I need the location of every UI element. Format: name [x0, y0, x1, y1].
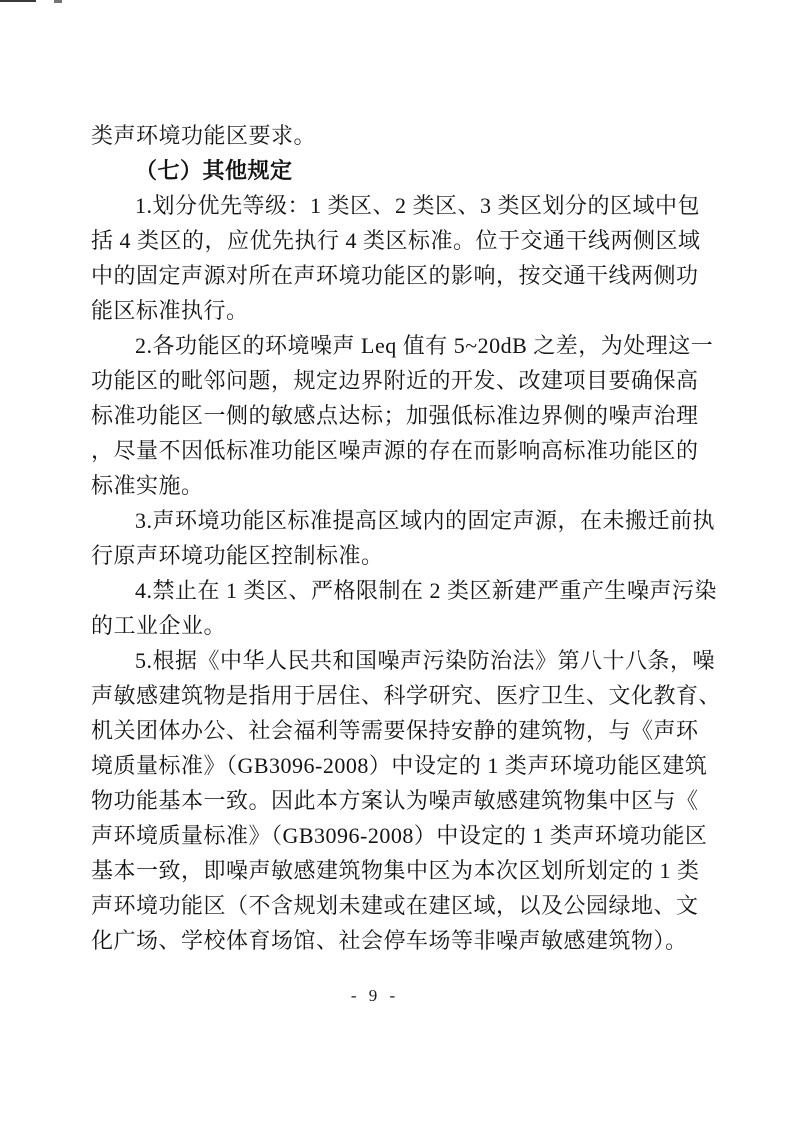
- text-line: 声环境质量标准》（GB3096-2008）中设定的 1 类声环境功能区: [91, 818, 701, 853]
- text-line: 3.声环境功能区标准提高区域内的固定声源，在未搬迁前执: [91, 503, 701, 538]
- body-text: 类声环境功能区要求。 （七）其他规定 1.划分优先等级：1 类区、2 类区、3 …: [91, 118, 701, 958]
- text-line: 2.各功能区的环境噪声 Leq 值有 5~20dB 之差，为处理这一: [91, 328, 701, 363]
- text-line: ，尽量不因低标准功能区噪声源的存在而影响高标准功能区的: [91, 433, 701, 468]
- text-line: 境质量标准》（GB3096-2008）中设定的 1 类声环境功能区建筑: [91, 748, 701, 783]
- text-line: 中的固定声源对所在声环境功能区的影响，按交通干线两侧功: [91, 258, 701, 293]
- text-line: 机关团体办公、社会福利等需要保持安静的建筑物，与《声环: [91, 713, 701, 748]
- text-line: 化广场、学校体育场馆、社会停车场等非噪声敏感建筑物）。: [91, 923, 701, 958]
- text-line: 物功能基本一致。因此本方案认为噪声敏感建筑物集中区与《: [91, 783, 701, 818]
- text-line: 类声环境功能区要求。: [91, 118, 701, 153]
- section-heading: （七）其他规定: [91, 153, 701, 188]
- text-line: 功能区的毗邻问题，规定边界附近的开发、改建项目要确保高: [91, 363, 701, 398]
- scan-artifact: [0, 0, 36, 2]
- text-line: 4.禁止在 1 类区、严格限制在 2 类区新建严重产生噪声污染: [91, 573, 701, 608]
- document-page: 类声环境功能区要求。 （七）其他规定 1.划分优先等级：1 类区、2 类区、3 …: [0, 0, 793, 1122]
- text-line: 的工业企业。: [91, 608, 701, 643]
- text-line: 5.根据《中华人民共和国噪声污染防治法》第八十八条，噪: [91, 643, 701, 678]
- text-line: 声敏感建筑物是指用于居住、科学研究、医疗卫生、文化教育、: [91, 678, 701, 713]
- text-line: 1.划分优先等级：1 类区、2 类区、3 类区划分的区域中包: [91, 188, 701, 223]
- text-line: 标准实施。: [91, 468, 701, 503]
- page-number: - 9 -: [0, 984, 750, 1008]
- text-line: 括 4 类区的，应优先执行 4 类区标准。位于交通干线两侧区域: [91, 223, 701, 258]
- text-line: 声环境功能区（不含规划未建或在建区域，以及公园绿地、文: [91, 888, 701, 923]
- text-line: 基本一致，即噪声敏感建筑物集中区为本次区划所划定的 1 类: [91, 853, 701, 888]
- text-line: 能区标准执行。: [91, 293, 701, 328]
- text-line: 标准功能区一侧的敏感点达标；加强低标准边界侧的噪声治理: [91, 398, 701, 433]
- text-line: 行原声环境功能区控制标准。: [91, 538, 701, 573]
- scan-artifact: [54, 0, 62, 3]
